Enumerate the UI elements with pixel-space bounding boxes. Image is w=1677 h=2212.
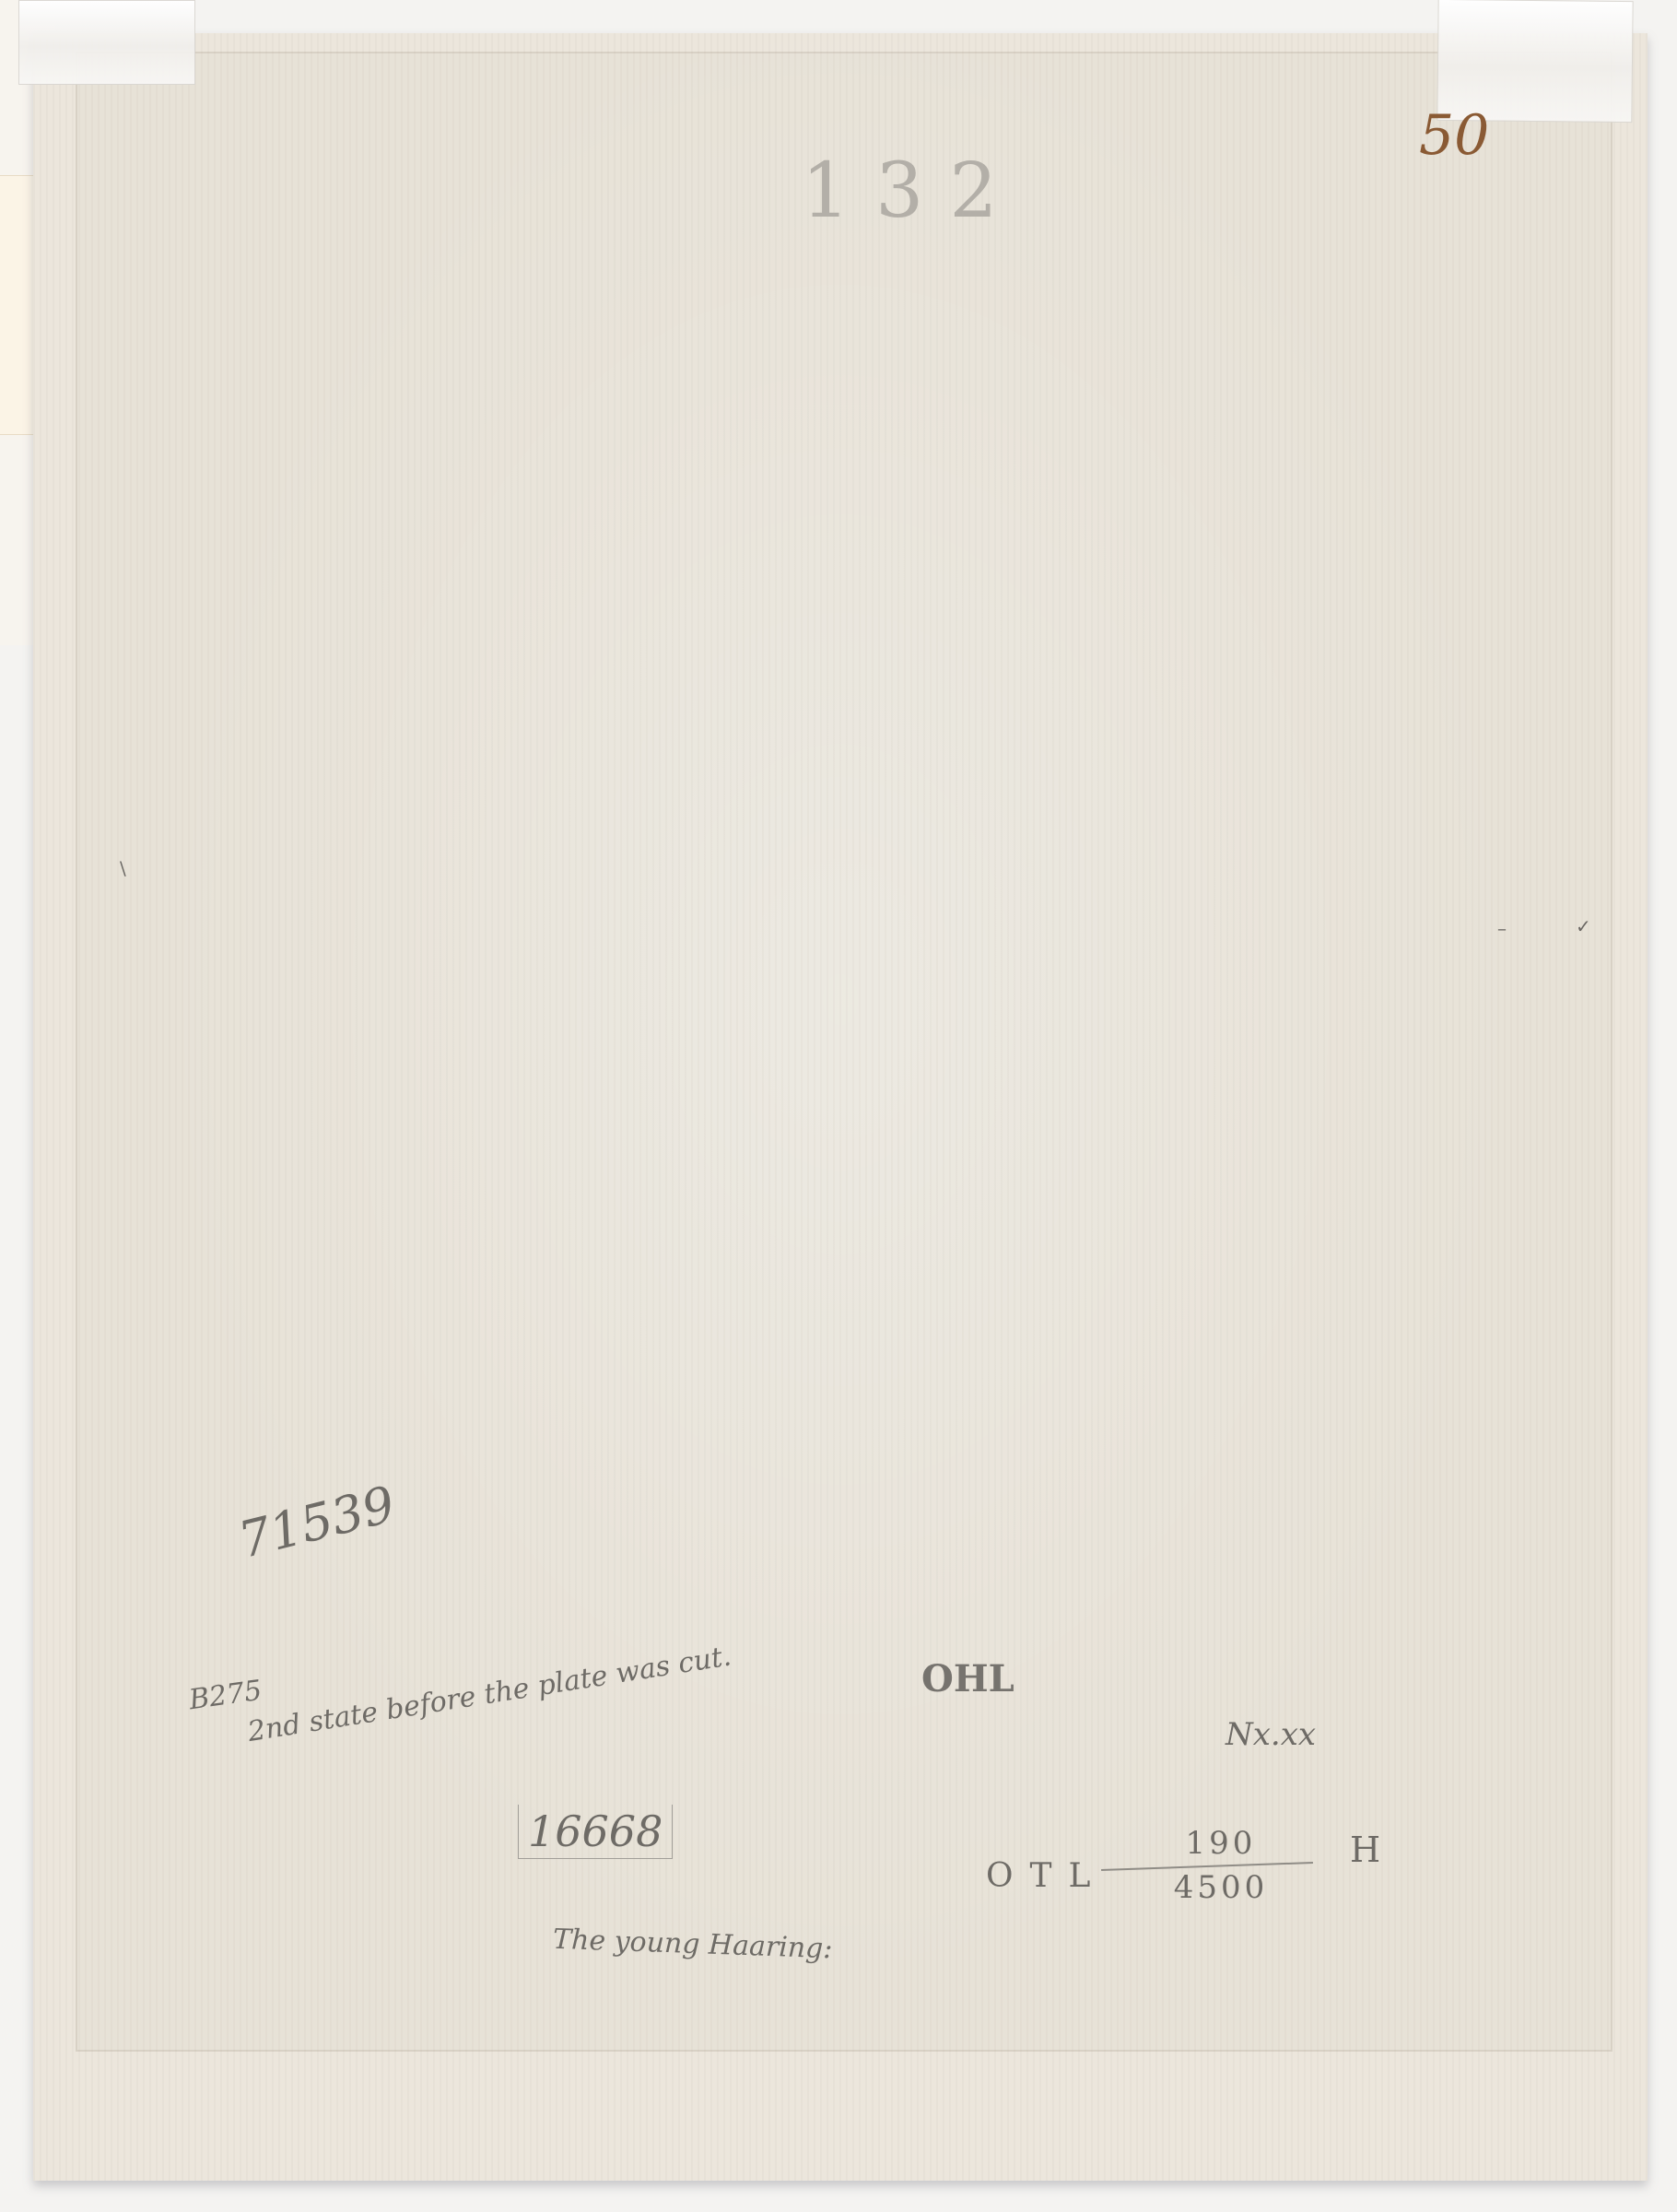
price-denominator: 4500 bbox=[1092, 1869, 1350, 1906]
annotation-boxed-number: 16668 bbox=[518, 1805, 673, 1859]
annotation-ink-50: 50 bbox=[1419, 103, 1489, 168]
annotation-price-prefix: OTL bbox=[986, 1857, 1107, 1895]
annotation-collector-mark: OHL bbox=[921, 1657, 1014, 1700]
margin-dash-mark: – bbox=[1497, 917, 1507, 939]
margin-check-mark: ✓ bbox=[1576, 915, 1591, 937]
plate-mark bbox=[76, 52, 1612, 2052]
annotation-price-fraction: 190 4500 bbox=[1129, 1825, 1350, 1906]
hinge-tape-left bbox=[18, 0, 195, 85]
annotation-right-note: Nx.xx bbox=[1225, 1716, 1316, 1753]
annotation-price-suffix: H bbox=[1350, 1830, 1380, 1870]
print-sheet-verso bbox=[33, 33, 1648, 2181]
annotation-number-132: 132 bbox=[802, 147, 1024, 235]
price-numerator: 190 bbox=[1092, 1825, 1350, 1862]
backing-strip bbox=[0, 175, 37, 435]
margin-slash-mark: \ bbox=[120, 857, 126, 879]
